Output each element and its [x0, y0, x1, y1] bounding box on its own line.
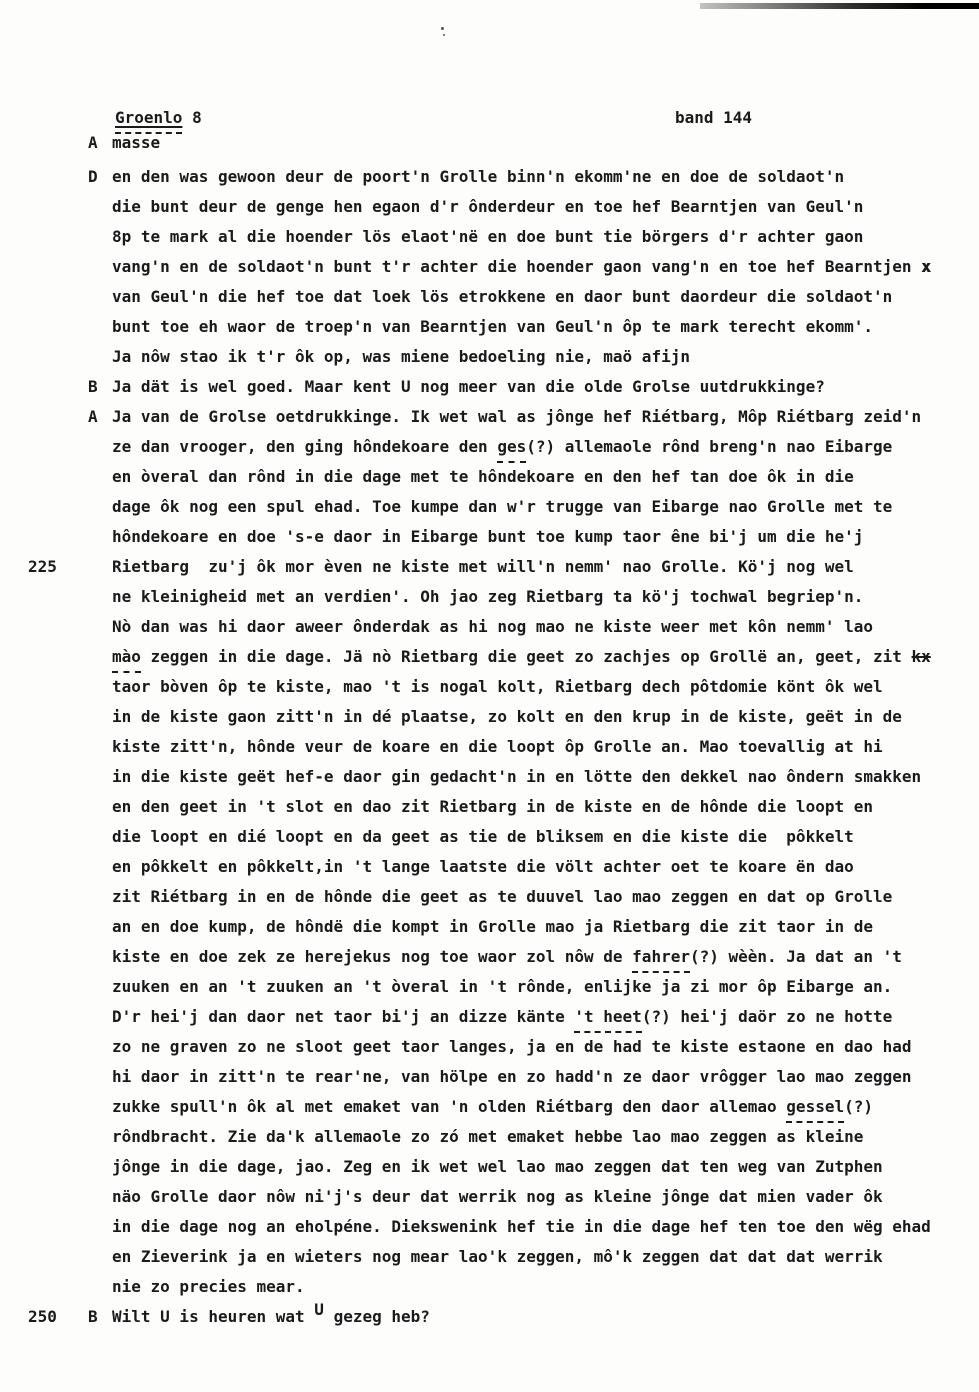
line-number	[0, 582, 88, 612]
text-segment: en pôkkelt en pôkkelt,in 't lange laatst…	[112, 857, 854, 876]
transcript-line: BJa dät is wel goed. Maar kent U nog mee…	[0, 372, 979, 402]
speaker-label	[88, 762, 112, 792]
transcript-line: ze dan vrooger, den ging hôndekoare den …	[0, 432, 979, 462]
line-text: en Zieverink ja en wieters nog mear lao'…	[112, 1242, 979, 1272]
line-number	[0, 1092, 88, 1123]
line-number	[0, 402, 88, 432]
transcript-lines: AmasseDen den was gewoon deur de poort'n…	[0, 128, 979, 1332]
text-segment: masse	[112, 133, 160, 152]
speaker-label: A	[88, 402, 112, 432]
line-text: zuuken en an 't zuuken an 't òveral in '…	[112, 972, 979, 1002]
underlined-term: ges	[497, 434, 526, 463]
line-text: kiste en doe zek ze herejekus nog toe wa…	[112, 942, 979, 973]
line-number	[0, 128, 88, 158]
speaker-label	[88, 312, 112, 342]
line-text: en pôkkelt en pôkkelt,in 't lange laatst…	[112, 852, 979, 882]
speaker-label	[88, 432, 112, 463]
speaker-label	[88, 222, 112, 252]
speaker-label	[88, 342, 112, 372]
speaker-label	[88, 1122, 112, 1152]
text-segment: die bunt deur de genge hen egaon d'r ônd…	[112, 197, 863, 216]
speaker-label	[88, 522, 112, 552]
text-segment: näo Grolle daor nôw ni'j's deur dat werr…	[112, 1187, 883, 1206]
speaker-label	[88, 792, 112, 822]
speaker-label	[88, 912, 112, 942]
page-title-suffix: 8	[182, 108, 201, 127]
line-text: ne kleinigheid met an verdien'. Oh jao z…	[112, 582, 979, 612]
line-number	[0, 792, 88, 822]
text-segment: hi daor in zitt'n te rear'ne, van hölpe …	[112, 1067, 912, 1086]
struck-text: kx	[912, 647, 931, 666]
speaker-label	[88, 1272, 112, 1302]
speaker-label	[88, 1212, 112, 1242]
line-number	[0, 312, 88, 342]
underlined-term: gessel	[786, 1094, 844, 1123]
speaker-label	[88, 852, 112, 882]
transcript-line: AJa van de Grolse oetdrukkinge. Ik wet w…	[0, 402, 979, 432]
line-text: hi daor in zitt'n te rear'ne, van hölpe …	[112, 1062, 979, 1092]
line-text: en den geet in 't slot en dao zit Rietba…	[112, 792, 979, 822]
line-text: jônge in die dage, jao. Zeg en ik wet we…	[112, 1152, 979, 1182]
line-number	[0, 192, 88, 222]
line-number	[0, 822, 88, 852]
scan-speck	[441, 27, 444, 30]
speaker-label	[88, 192, 112, 222]
line-number: 225	[0, 552, 88, 582]
line-text: bunt toe eh waor de troep'n van Bearntje…	[112, 312, 979, 342]
transcript-line: en Zieverink ja en wieters nog mear lao'…	[0, 1242, 979, 1272]
text-segment: (?)	[844, 1097, 873, 1116]
text-segment: x	[921, 257, 931, 276]
speaker-label	[88, 462, 112, 492]
line-text: mào zeggen in die dage. Jä nò Rietbarg d…	[112, 642, 979, 673]
speaker-label	[88, 672, 112, 702]
speaker-label: A	[88, 128, 112, 158]
text-segment: in die dage nog an eholpéne. Diekswenink…	[112, 1217, 931, 1236]
underlined-term: 't heet	[574, 1004, 641, 1033]
scan-speck	[443, 34, 445, 36]
text-segment: zo ne graven zo ne sloot geet taor lange…	[112, 1037, 912, 1056]
line-text: Nò dan was hi daor aweer ônderdak as hi …	[112, 612, 979, 642]
transcript-line: taor bòven ôp te kiste, mao 't is nogal …	[0, 672, 979, 702]
line-text: dage ôk nog een spul ehad. Toe kumpe dan…	[112, 492, 979, 522]
transcript-line: hi daor in zitt'n te rear'ne, van hölpe …	[0, 1062, 979, 1092]
text-segment: (?) hei'j daör zo ne hotte	[642, 1007, 892, 1026]
speaker-label: B	[88, 1302, 112, 1332]
transcript-line: die loopt en dié loopt en da geet as tie…	[0, 822, 979, 852]
line-number	[0, 1182, 88, 1212]
line-text: zit Riétbarg in en de hônde die geet as …	[112, 882, 979, 912]
transcript-line: kiste zitt'n, hônde veur de koare en die…	[0, 732, 979, 762]
line-number	[0, 1212, 88, 1242]
line-number	[0, 672, 88, 702]
text-segment: die loopt en dié loopt en da geet as tie…	[112, 827, 854, 846]
text-segment: ne kleinigheid met an verdien'. Oh jao z…	[112, 587, 863, 606]
underlined-term: mào	[112, 644, 141, 673]
line-text: in die dage nog an eholpéne. Diekswenink…	[112, 1212, 979, 1242]
text-segment: jônge in die dage, jao. Zeg en ik wet we…	[112, 1157, 883, 1176]
speaker-label	[88, 942, 112, 973]
line-number	[0, 252, 88, 282]
line-text: vang'n en de soldaot'n bunt t'r achter d…	[112, 252, 979, 282]
text-segment: kiste zitt'n, hônde veur de koare en die…	[112, 737, 883, 756]
transcript-line: Den den was gewoon deur de poort'n Groll…	[0, 162, 979, 192]
transcript-line: in de kiste gaon zitt'n in dé plaatse, z…	[0, 702, 979, 732]
transcript-line: ne kleinigheid met an verdien'. Oh jao z…	[0, 582, 979, 612]
line-number	[0, 432, 88, 463]
transcript-line: dage ôk nog een spul ehad. Toe kumpe dan…	[0, 492, 979, 522]
text-segment: zeggen in die dage. Jä nò Rietbarg die g…	[141, 647, 912, 666]
line-number	[0, 1242, 88, 1272]
speaker-label	[88, 1092, 112, 1123]
line-text: Wilt U is heuren wat U gezeg heb?	[112, 1302, 979, 1332]
speaker-label: D	[88, 162, 112, 192]
line-text: Ja nôw stao ik t'r ôk op, was miene bedo…	[112, 342, 979, 372]
tape-number: band 144	[675, 106, 752, 130]
scan-artifact-bar	[700, 3, 979, 9]
line-text: rôndbracht. Zie da'k allemaole zo zó met…	[112, 1122, 979, 1152]
speaker-label	[88, 702, 112, 732]
text-segment: in de kiste gaon zitt'n in dé plaatse, z…	[112, 707, 902, 726]
line-number	[0, 942, 88, 973]
line-text: Ja dät is wel goed. Maar kent U nog meer…	[112, 372, 979, 402]
line-text: Rietbarg zu'j ôk mor èven ne kiste met w…	[112, 552, 979, 582]
transcript-line: jônge in die dage, jao. Zeg en ik wet we…	[0, 1152, 979, 1182]
transcript-line: kiste en doe zek ze herejekus nog toe wa…	[0, 942, 979, 972]
line-text: 8p te mark al die hoender lös elaot'në e…	[112, 222, 979, 252]
line-text: in de kiste gaon zitt'n in dé plaatse, z…	[112, 702, 979, 732]
line-number	[0, 612, 88, 642]
transcript-line: in die kiste geët hef-e daor gin gedacht…	[0, 762, 979, 792]
line-number	[0, 1002, 88, 1033]
line-number	[0, 162, 88, 192]
transcript-line: Nò dan was hi daor aweer ônderdak as hi …	[0, 612, 979, 642]
transcript-line: 8p te mark al die hoender lös elaot'në e…	[0, 222, 979, 252]
line-text: ze dan vrooger, den ging hôndekoare den …	[112, 432, 979, 463]
speaker-label	[88, 252, 112, 282]
text-segment: an en doe kump, de hôndë die kompt in Gr…	[112, 917, 873, 936]
line-number: 250	[0, 1302, 88, 1332]
text-segment: vang'n en de soldaot'n bunt t'r achter d…	[112, 257, 921, 276]
speaker-label	[88, 972, 112, 1002]
text-segment: gezeg heb?	[324, 1307, 430, 1326]
line-text: en den was gewoon deur de poort'n Grolle…	[112, 162, 979, 192]
transcript-line: bunt toe eh waor de troep'n van Bearntje…	[0, 312, 979, 342]
text-segment: Ja dät is wel goed. Maar kent U nog meer…	[112, 377, 825, 396]
text-segment: 8p te mark al die hoender lös elaot'në e…	[112, 227, 863, 246]
speaker-label	[88, 612, 112, 642]
text-segment: zuuken en an 't zuuken an 't òveral in '…	[112, 977, 892, 996]
transcript-line: zo ne graven zo ne sloot geet taor lange…	[0, 1032, 979, 1062]
transcript-line: zukke spull'n ôk al met emaket van 'n ol…	[0, 1092, 979, 1122]
transcript-line: en pôkkelt en pôkkelt,in 't lange laatst…	[0, 852, 979, 882]
line-number	[0, 852, 88, 882]
line-text: zo ne graven zo ne sloot geet taor lange…	[112, 1032, 979, 1062]
speaker-label	[88, 1152, 112, 1182]
text-segment: U	[314, 1300, 324, 1319]
text-segment: en den geet in 't slot en dao zit Rietba…	[112, 797, 873, 816]
line-text: die loopt en dié loopt en da geet as tie…	[112, 822, 979, 852]
speaker-label	[88, 492, 112, 522]
transcript-line: 225Rietbarg zu'j ôk mor èven ne kiste me…	[0, 552, 979, 582]
transcript-line: en òveral dan rônd in die dage met te hô…	[0, 462, 979, 492]
line-number	[0, 972, 88, 1002]
text-segment: Ja nôw stao ik t'r ôk op, was miene bedo…	[112, 347, 690, 366]
text-segment: Nò dan was hi daor aweer ônderdak as hi …	[112, 617, 873, 636]
speaker-label	[88, 1242, 112, 1272]
line-number	[0, 732, 88, 762]
text-segment: Rietbarg zu'j ôk mor èven ne kiste met w…	[112, 557, 854, 576]
text-segment: bunt toe eh waor de troep'n van Bearntje…	[112, 317, 873, 336]
speaker-label	[88, 1182, 112, 1212]
transcript-line: 250BWilt U is heuren wat U gezeg heb?	[0, 1302, 979, 1332]
line-number	[0, 222, 88, 252]
underlined-term: fahrer	[632, 944, 690, 973]
text-segment: Ja van de Grolse oetdrukkinge. Ik wet wa…	[112, 407, 921, 426]
text-segment: D'r hei'j dan daor net taor bi'j an dizz…	[112, 1007, 574, 1026]
speaker-label	[88, 732, 112, 762]
speaker-label	[88, 582, 112, 612]
document-scan-page: Groenlo 8 band 144 AmasseDen den was gew…	[0, 0, 979, 1392]
text-segment: taor bòven ôp te kiste, mao 't is nogal …	[112, 677, 883, 696]
transcript-line: in die dage nog an eholpéne. Diekswenink…	[0, 1212, 979, 1242]
text-segment: hôndekoare en doe 's-e daor in Eibarge b…	[112, 527, 863, 546]
text-segment: nie zo precies mear.	[112, 1277, 305, 1296]
line-text: kiste zitt'n, hônde veur de koare en die…	[112, 732, 979, 762]
speaker-label	[88, 1062, 112, 1092]
line-number	[0, 282, 88, 312]
text-segment: ze dan vrooger, den ging hôndekoare den	[112, 437, 497, 456]
text-segment: en den was gewoon deur de poort'n Grolle…	[112, 167, 844, 186]
text-segment: en òveral dan rônd in die dage met te hô…	[112, 467, 854, 486]
transcript-line: zit Riétbarg in en de hônde die geet as …	[0, 882, 979, 912]
line-number	[0, 1032, 88, 1062]
transcript-line: rôndbracht. Zie da'k allemaole zo zó met…	[0, 1122, 979, 1152]
line-number	[0, 762, 88, 792]
transcript-line: vang'n en de soldaot'n bunt t'r achter d…	[0, 252, 979, 282]
line-text: in die kiste geët hef-e daor gin gedacht…	[112, 762, 979, 792]
text-segment: dage ôk nog een spul ehad. Toe kumpe dan…	[112, 497, 892, 516]
transcript-line: näo Grolle daor nôw ni'j's deur dat werr…	[0, 1182, 979, 1212]
line-number	[0, 522, 88, 552]
text-segment: zit Riétbarg in en de hônde die geet as …	[112, 887, 892, 906]
line-number	[0, 1062, 88, 1092]
speaker-label	[88, 552, 112, 582]
line-number	[0, 642, 88, 673]
text-segment: kiste en doe zek ze herejekus nog toe wa…	[112, 947, 632, 966]
transcript-line: die bunt deur de genge hen egaon d'r ônd…	[0, 192, 979, 222]
line-text: Ja van de Grolse oetdrukkinge. Ik wet wa…	[112, 402, 979, 432]
line-text: D'r hei'j dan daor net taor bi'j an dizz…	[112, 1002, 979, 1033]
line-number	[0, 492, 88, 522]
line-number	[0, 342, 88, 372]
line-text: näo Grolle daor nôw ni'j's deur dat werr…	[112, 1182, 979, 1212]
transcript-line: Ja nôw stao ik t'r ôk op, was miene bedo…	[0, 342, 979, 372]
transcript-line: zuuken en an 't zuuken an 't òveral in '…	[0, 972, 979, 1002]
line-number	[0, 372, 88, 402]
text-segment: rôndbracht. Zie da'k allemaole zo zó met…	[112, 1127, 863, 1146]
line-number	[0, 1152, 88, 1182]
speaker-label	[88, 1032, 112, 1062]
speaker-label: B	[88, 372, 112, 402]
line-text: van Geul'n die hef toe dat loek lös etro…	[112, 282, 979, 312]
line-number	[0, 702, 88, 732]
transcript-line: mào zeggen in die dage. Jä nò Rietbarg d…	[0, 642, 979, 672]
line-number	[0, 1122, 88, 1152]
speaker-label	[88, 282, 112, 312]
line-text: an en doe kump, de hôndë die kompt in Gr…	[112, 912, 979, 942]
line-text: die bunt deur de genge hen egaon d'r ônd…	[112, 192, 979, 222]
text-segment: zukke spull'n ôk al met emaket van 'n ol…	[112, 1097, 786, 1116]
speaker-label	[88, 1002, 112, 1033]
line-text: hôndekoare en doe 's-e daor in Eibarge b…	[112, 522, 979, 552]
line-text: masse	[112, 128, 979, 158]
transcript-line: Amasse	[0, 128, 979, 158]
speaker-label	[88, 642, 112, 673]
line-number	[0, 462, 88, 492]
transcript-line: van Geul'n die hef toe dat loek lös etro…	[0, 282, 979, 312]
transcript-line: hôndekoare en doe 's-e daor in Eibarge b…	[0, 522, 979, 552]
line-number	[0, 882, 88, 912]
transcript-line: an en doe kump, de hôndë die kompt in Gr…	[0, 912, 979, 942]
line-text: taor bòven ôp te kiste, mao 't is nogal …	[112, 672, 979, 702]
line-text: zukke spull'n ôk al met emaket van 'n ol…	[112, 1092, 979, 1123]
text-segment: van Geul'n die hef toe dat loek lös etro…	[112, 287, 892, 306]
text-segment: (?) allemaole rônd breng'n nao Eibarge	[526, 437, 892, 456]
transcript-line: D'r hei'j dan daor net taor bi'j an dizz…	[0, 1002, 979, 1032]
line-number	[0, 912, 88, 942]
transcript-line: nie zo precies mear.	[0, 1272, 979, 1302]
line-text: nie zo precies mear.	[112, 1272, 979, 1302]
speaker-label	[88, 822, 112, 852]
transcript-line: en den geet in 't slot en dao zit Rietba…	[0, 792, 979, 822]
text-segment: en Zieverink ja en wieters nog mear lao'…	[112, 1247, 883, 1266]
speaker-label	[88, 882, 112, 912]
text-segment: Wilt U is heuren wat	[112, 1307, 314, 1326]
text-segment: in die kiste geët hef-e daor gin gedacht…	[112, 767, 921, 786]
text-segment: (?) wèèn. Ja dat an 't	[690, 947, 902, 966]
line-number	[0, 1272, 88, 1302]
line-text: en òveral dan rônd in die dage met te hô…	[112, 462, 979, 492]
